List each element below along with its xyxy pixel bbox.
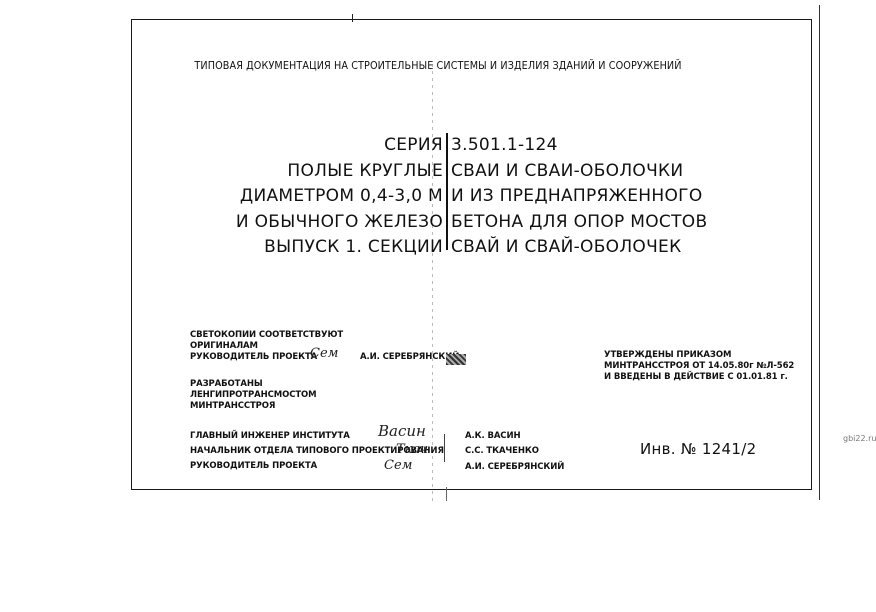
stamp-mark (446, 354, 466, 365)
certification-name: А.И. СЕРЕБРЯНСКИЙ (360, 352, 459, 363)
series-number: 3.501.1-124 (451, 133, 707, 159)
series-divider (446, 133, 448, 250)
binding-line (819, 5, 820, 500)
signatory-role: РУКОВОДИТЕЛЬ ПРОЕКТА (190, 461, 317, 472)
signature: Ткач (396, 442, 428, 457)
signature-bracket (444, 434, 451, 462)
series-right-line: СВАИ И СВАИ-ОБОЛОЧКИ (451, 159, 707, 185)
signature: Васин (378, 422, 426, 440)
frame-tick (352, 14, 353, 22)
series-right-line: БЕТОНА ДЛЯ ОПОР МОСТОВ (451, 210, 707, 236)
bottom-split-mark (446, 487, 447, 501)
signatory-name: А.И. СЕРЕБРЯНСКИЙ (465, 462, 564, 473)
certification-role: РУКОВОДИТЕЛЬ ПРОЕКТА (190, 352, 317, 363)
signature: Сем (384, 458, 412, 473)
developed-line: РАЗРАБОТАНЫ (190, 379, 263, 390)
watermark: gbi22.ru (843, 434, 876, 443)
series-left-line: ДИАМЕТРОМ 0,4-3,0 М (236, 184, 443, 210)
approval-line: УТВЕРЖДЕНЫ ПРИКАЗОМ (604, 350, 731, 361)
series-right-line: И ИЗ ПРЕДНАПРЯЖЕННОГО (451, 184, 707, 210)
series-title-right: 3.501.1-124 СВАИ И СВАИ-ОБОЛОЧКИ И ИЗ ПР… (451, 133, 707, 261)
document-header: ТИПОВАЯ ДОКУМЕНТАЦИЯ НА СТРОИТЕЛЬНЫЕ СИС… (35, 60, 841, 72)
series-right-line: СВАЙ И СВАЙ-ОБОЛОЧЕК (451, 235, 707, 261)
certification-line: ОРИГИНАЛАМ (190, 341, 258, 352)
series-left-line: И ОБЫЧНОГО ЖЕЛЕЗО (236, 210, 443, 236)
signature: Сем (310, 346, 338, 361)
series-label: СЕРИЯ (236, 133, 443, 159)
developed-line: ЛЕНГИПРОТРАНСМОСТОМ (190, 390, 317, 401)
signatory-name: С.С. ТКАЧЕНКО (465, 446, 539, 457)
inventory-number: Инв. № 1241/2 (640, 440, 756, 458)
approval-line: МИНТРАНССТРОЯ ОТ 14.05.80г №Л-562 (604, 361, 794, 372)
signatory-role: ГЛАВНЫЙ ИНЖЕНЕР ИНСТИТУТА (190, 431, 350, 442)
approval-line: И ВВЕДЕНЫ В ДЕЙСТВИЕ С 01.01.81 г. (604, 372, 788, 383)
certification-line: СВЕТОКОПИИ СООТВЕТСТВУЮТ (190, 330, 343, 341)
series-left-line: ВЫПУСК 1. СЕКЦИИ (236, 235, 443, 261)
developed-line: МИНТРАНССТРОЯ (190, 401, 275, 412)
signatory-name: А.К. ВАСИН (465, 431, 520, 442)
series-left-line: ПОЛЫЕ КРУГЛЫЕ (236, 159, 443, 185)
series-title-left: СЕРИЯ ПОЛЫЕ КРУГЛЫЕ ДИАМЕТРОМ 0,4-3,0 М … (236, 133, 443, 261)
page-fold (432, 64, 433, 504)
